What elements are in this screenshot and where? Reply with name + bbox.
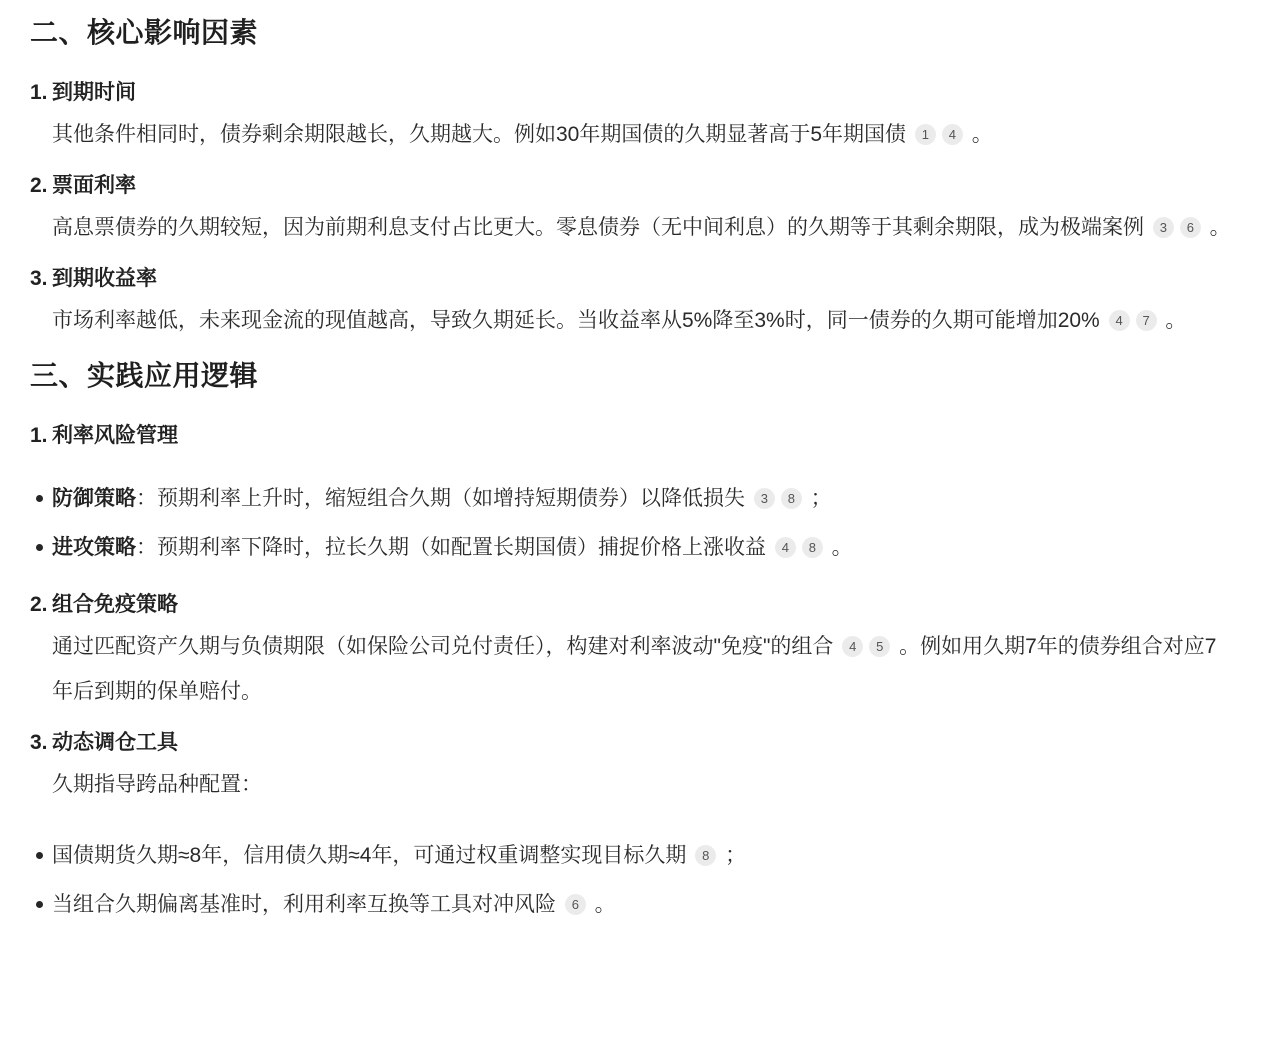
citation-badge[interactable]: 4 <box>842 636 863 657</box>
citation-badge[interactable]: 8 <box>695 845 716 866</box>
section-heading: 二、核心影响因素 <box>30 14 1235 52</box>
item-number: 2. <box>30 171 52 200</box>
text-run: 。 <box>966 123 993 146</box>
citation-badge[interactable]: 6 <box>565 894 586 915</box>
citation-badge[interactable]: 8 <box>802 537 823 558</box>
numbered-item: 1.利率风险管理 <box>30 421 1235 450</box>
numbered-item-title: 2.组合免疫策略 <box>30 590 1235 619</box>
numbered-item-title: 1.到期时间 <box>30 78 1235 107</box>
item-title-text: 到期收益率 <box>52 267 157 290</box>
item-number: 1. <box>30 78 52 107</box>
item-title-text: 组合免疫策略 <box>52 593 178 616</box>
numbered-item: 1.到期时间其他条件相同时，债券剩余期限越长，久期越大。例如30年期国债的久期显… <box>30 78 1235 157</box>
text-run: 久期指导跨品种配置： <box>52 773 262 796</box>
item-number: 1. <box>30 421 52 450</box>
numbered-item: 3.到期收益率市场利率越低，未来现金流的现值越高，导致久期延长。当收益率从5%降… <box>30 264 1235 343</box>
numbered-item: 2.票面利率高息票债券的久期较短，因为前期利息支付占比更大。零息债券（无中间利息… <box>30 171 1235 250</box>
text-run: 国债期货久期≈8年，信用债久期≈4年，可通过权重调整实现目标久期 <box>52 844 692 867</box>
text-run: 当组合久期偏离基准时，利用利率互换等工具对冲风险 <box>52 893 562 916</box>
text-run: 市场利率越低，未来现金流的现值越高，导致久期延长。当收益率从5%降至3%时，同一… <box>52 309 1106 332</box>
numbered-item-title: 2.票面利率 <box>30 171 1235 200</box>
bold-text: 进攻策略 <box>52 536 136 559</box>
citation-badge[interactable]: 8 <box>781 488 802 509</box>
text-run: 高息票债券的久期较短，因为前期利息支付占比更大。零息债券（无中间利息）的久期等于… <box>52 216 1150 239</box>
numbered-item-title: 3.动态调仓工具 <box>30 728 1235 757</box>
item-paragraph: 市场利率越低，未来现金流的现值越高，导致久期延长。当收益率从5%降至3%时，同一… <box>30 298 1235 343</box>
citation-badge[interactable]: 7 <box>1136 310 1157 331</box>
item-number: 2. <box>30 590 52 619</box>
citation-badge[interactable]: 3 <box>1153 217 1174 238</box>
item-title-text: 动态调仓工具 <box>52 731 178 754</box>
item-number: 3. <box>30 264 52 293</box>
item-paragraph: 通过匹配资产久期与负债期限（如保险公司兑付责任），构建对利率波动"免疫"的组合 … <box>30 624 1235 714</box>
text-run: 。 <box>589 893 616 916</box>
bold-text: 防御策略 <box>52 487 136 510</box>
text-run: ：预期利率下降时，拉长久期（如配置长期国债）捕捉价格上涨收益 <box>136 536 772 559</box>
item-title-text: 票面利率 <box>52 174 136 197</box>
item-title-text: 利率风险管理 <box>52 424 178 447</box>
citation-badge[interactable]: 4 <box>775 537 796 558</box>
bullet-item: 进攻策略：预期利率下降时，拉长久期（如配置长期国债）捕捉价格上涨收益 48 。 <box>52 525 1235 570</box>
citation-badge[interactable]: 3 <box>754 488 775 509</box>
bullet-item: 当组合久期偏离基准时，利用利率互换等工具对冲风险 6 。 <box>52 882 1235 927</box>
text-run: ：预期利率上升时，缩短组合久期（如增持短期债券）以降低损失 <box>136 487 751 510</box>
bullet-list: 国债期货久期≈8年，信用债久期≈4年，可通过权重调整实现目标久期 8 ；当组合久… <box>30 833 1235 927</box>
text-run: 。 <box>826 536 853 559</box>
text-run: 。 <box>1204 216 1231 239</box>
numbered-item-title: 3.到期收益率 <box>30 264 1235 293</box>
citation-badge[interactable]: 4 <box>1109 310 1130 331</box>
citation-badge[interactable]: 5 <box>869 636 890 657</box>
document-body: 二、核心影响因素1.到期时间其他条件相同时，债券剩余期限越长，久期越大。例如30… <box>0 0 1269 1052</box>
text-run: ； <box>805 487 832 510</box>
section-heading: 三、实践应用逻辑 <box>30 357 1235 395</box>
numbered-item: 2.组合免疫策略通过匹配资产久期与负债期限（如保险公司兑付责任），构建对利率波动… <box>30 590 1235 714</box>
bullet-item: 国债期货久期≈8年，信用债久期≈4年，可通过权重调整实现目标久期 8 ； <box>52 833 1235 878</box>
text-run: ； <box>719 844 746 867</box>
citation-badge[interactable]: 4 <box>942 124 963 145</box>
text-run: 。 <box>1160 309 1187 332</box>
item-title-text: 到期时间 <box>52 81 136 104</box>
numbered-item-title: 1.利率风险管理 <box>30 421 1235 450</box>
item-paragraph: 高息票债券的久期较短，因为前期利息支付占比更大。零息债券（无中间利息）的久期等于… <box>30 205 1235 250</box>
text-run: 其他条件相同时，债券剩余期限越长，久期越大。例如30年期国债的久期显著高于5年期… <box>52 123 912 146</box>
citation-badge[interactable]: 1 <box>915 124 936 145</box>
bullet-list: 防御策略：预期利率上升时，缩短组合久期（如增持短期债券）以降低损失 38 ；进攻… <box>30 476 1235 570</box>
item-paragraph: 其他条件相同时，债券剩余期限越长，久期越大。例如30年期国债的久期显著高于5年期… <box>30 112 1235 157</box>
bullet-item: 防御策略：预期利率上升时，缩短组合久期（如增持短期债券）以降低损失 38 ； <box>52 476 1235 521</box>
item-number: 3. <box>30 728 52 757</box>
numbered-item: 3.动态调仓工具久期指导跨品种配置： <box>30 728 1235 807</box>
item-paragraph: 久期指导跨品种配置： <box>30 762 1235 807</box>
text-run: 通过匹配资产久期与负债期限（如保险公司兑付责任），构建对利率波动"免疫"的组合 <box>52 635 839 658</box>
citation-badge[interactable]: 6 <box>1180 217 1201 238</box>
